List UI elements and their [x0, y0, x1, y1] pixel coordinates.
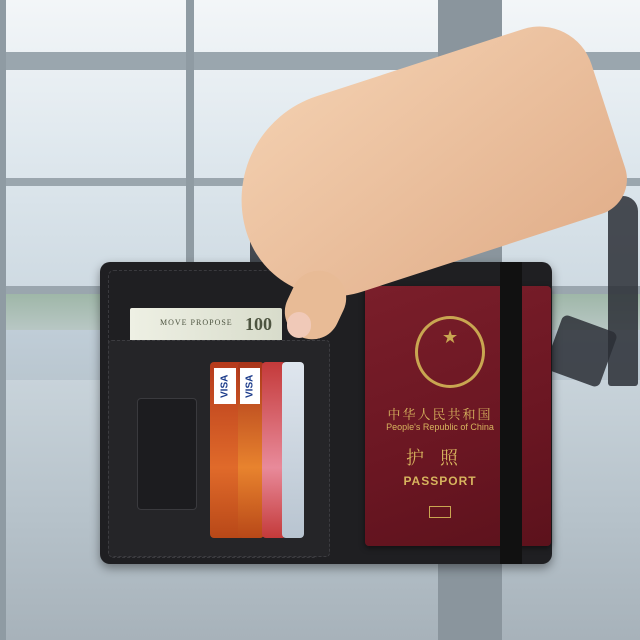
passport-title-en: PASSPORT — [365, 474, 515, 488]
passport-title-cn: 护照 — [365, 444, 515, 470]
passport-country-en: People's Republic of China — [365, 422, 515, 432]
visa-logo: VISA — [240, 368, 260, 404]
dollar-bill: MOVE PROPOSE 100 — [130, 308, 282, 342]
bill-denomination: 100 — [245, 314, 272, 335]
sim-card-slot — [137, 398, 197, 510]
window-frame-vertical — [0, 0, 6, 640]
national-emblem-icon — [415, 316, 485, 388]
traveler-silhouette — [608, 196, 638, 386]
passport: 中华人民共和国 People's Republic of China 护照 PA… — [365, 286, 551, 546]
passport-country-cn: 中华人民共和国 — [365, 404, 515, 423]
biometric-chip-icon — [429, 506, 451, 518]
bill-motto: MOVE PROPOSE — [160, 318, 233, 327]
credit-card: VISA — [238, 362, 264, 538]
visa-logo: VISA — [214, 368, 236, 404]
elastic-strap — [500, 262, 522, 564]
window-frame-vertical — [186, 0, 194, 300]
credit-card — [282, 362, 304, 538]
thumbnail — [287, 312, 311, 338]
